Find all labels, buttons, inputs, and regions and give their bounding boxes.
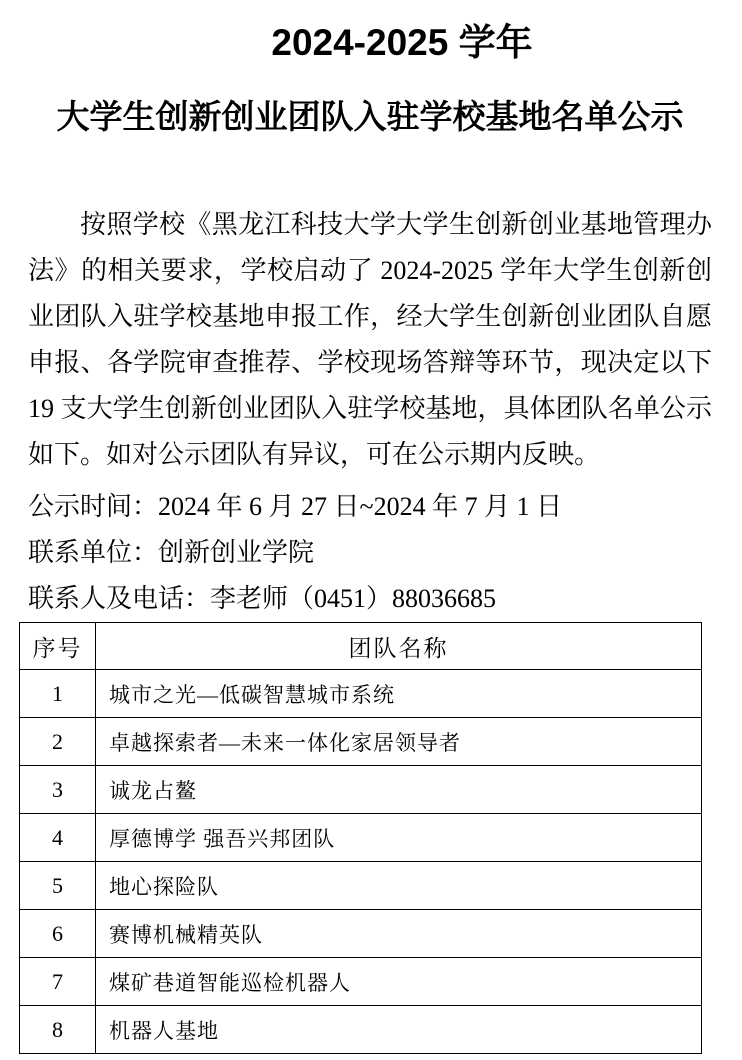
contact-person-line: 联系人及电话：李老师（0451）88036685 [28, 576, 712, 622]
serial-cell: 5 [20, 862, 96, 910]
teams-table: 序号 团队名称 1 城市之光—低碳智慧城市系统 2 卓越探索者—未来一体化家居领… [19, 622, 702, 1054]
team-name-cell: 诚龙占鳌 [96, 766, 702, 814]
table-row: 5 地心探险队 [20, 862, 702, 910]
table-row: 1 城市之光—低碳智慧城市系统 [20, 670, 702, 718]
table-row: 8 机器人基地 [20, 1006, 702, 1054]
serial-header-cell: 序号 [20, 623, 96, 670]
serial-cell: 2 [20, 718, 96, 766]
team-name-cell: 卓越探索者—未来一体化家居领导者 [96, 718, 702, 766]
serial-cell: 3 [20, 766, 96, 814]
page-title-line2: 大学生创新创业团队入驻学校基地名单公示 [28, 94, 712, 140]
document-page: 2024-2025 学年 大学生创新创业团队入驻学校基地名单公示 按照学校《黑龙… [0, 0, 742, 1054]
table-row: 7 煤矿巷道智能巡检机器人 [20, 958, 702, 1006]
contact-unit-line: 联系单位：创新创业学院 [28, 530, 712, 576]
team-name-header-cell: 团队名称 [96, 623, 702, 670]
serial-cell: 7 [20, 958, 96, 1006]
notice-period-line: 公示时间：2024 年 6 月 27 日~2024 年 7 月 1 日 [28, 484, 712, 530]
page-title-line1: 2024-2025 学年 [28, 0, 712, 68]
info-lines: 公示时间：2024 年 6 月 27 日~2024 年 7 月 1 日 联系单位… [28, 484, 712, 622]
table-header-row: 序号 团队名称 [20, 623, 702, 670]
serial-cell: 6 [20, 910, 96, 958]
serial-cell: 1 [20, 670, 96, 718]
table-row: 3 诚龙占鳌 [20, 766, 702, 814]
serial-cell: 4 [20, 814, 96, 862]
team-name-cell: 煤矿巷道智能巡检机器人 [96, 958, 702, 1006]
team-name-cell: 地心探险队 [96, 862, 702, 910]
table-row: 2 卓越探索者—未来一体化家居领导者 [20, 718, 702, 766]
team-name-cell: 机器人基地 [96, 1006, 702, 1054]
team-name-cell: 赛博机械精英队 [96, 910, 702, 958]
table-row: 4 厚德博学 强吾兴邦团队 [20, 814, 702, 862]
table-row: 6 赛博机械精英队 [20, 910, 702, 958]
intro-paragraph: 按照学校《黑龙江科技大学大学生创新创业基地管理办法》的相关要求，学校启动了 20… [28, 202, 712, 478]
team-name-cell: 城市之光—低碳智慧城市系统 [96, 670, 702, 718]
team-name-cell: 厚德博学 强吾兴邦团队 [96, 814, 702, 862]
serial-cell: 8 [20, 1006, 96, 1054]
